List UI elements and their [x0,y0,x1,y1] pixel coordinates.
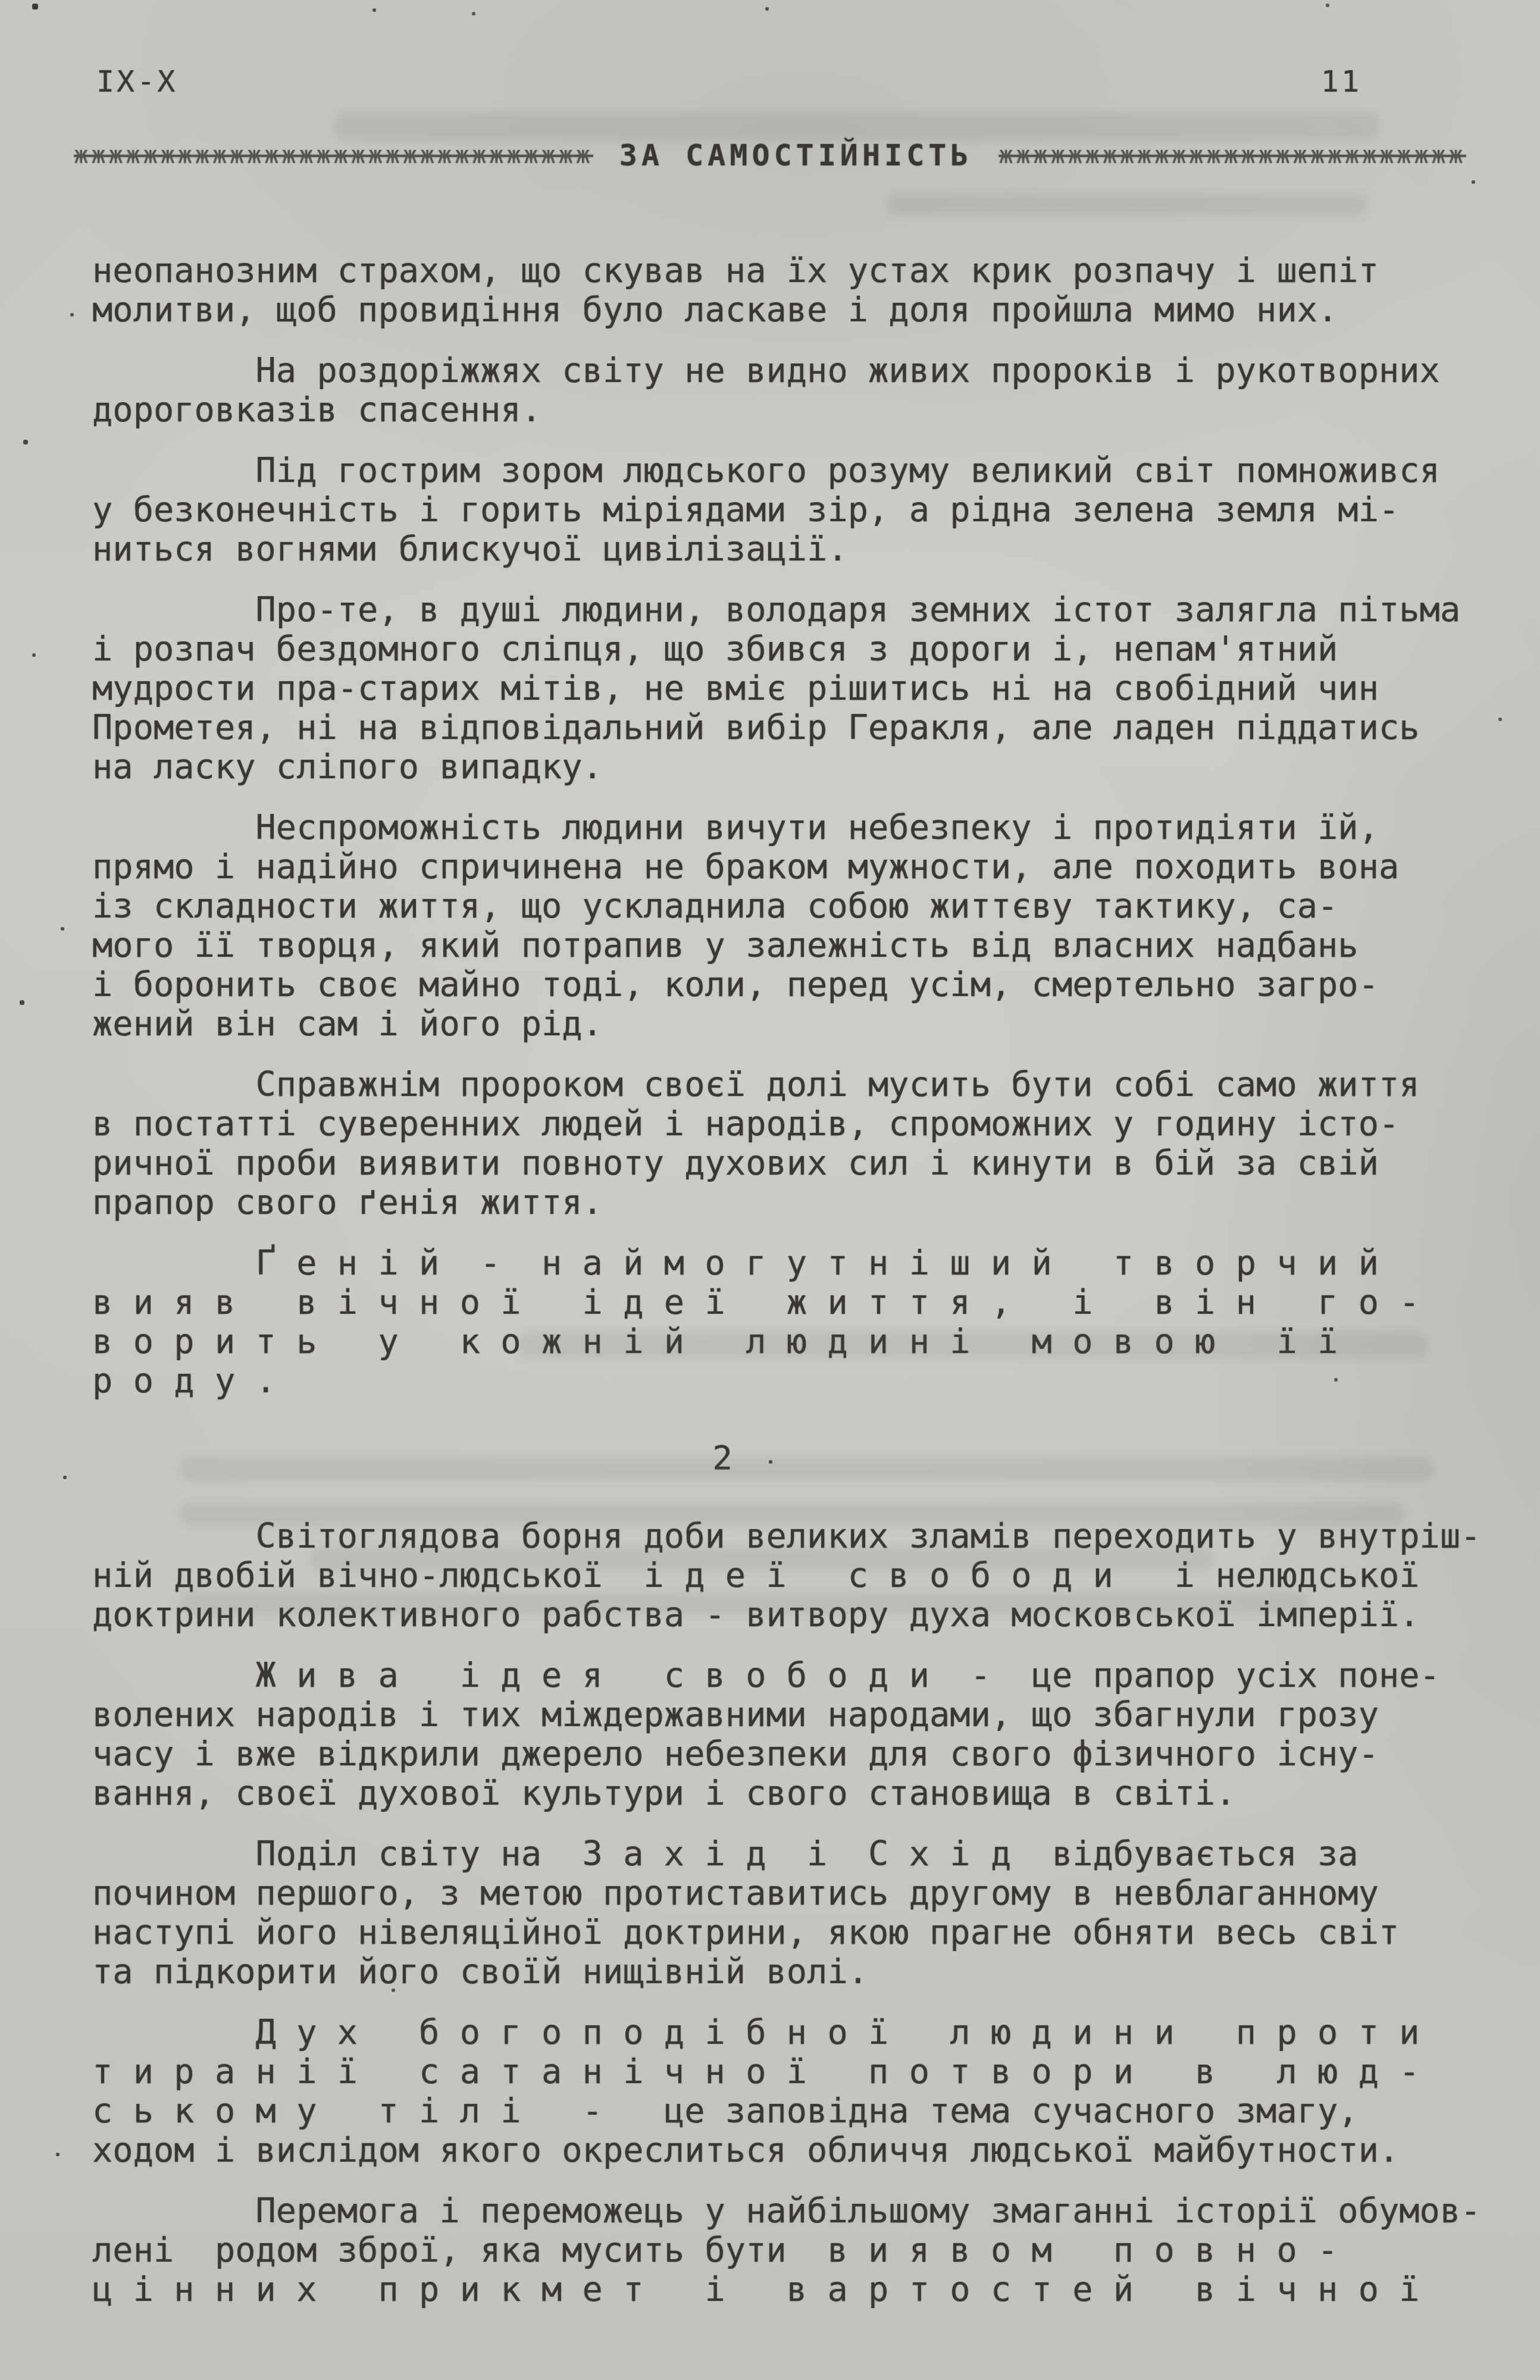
title-row: жжжжжжжжжжжжжжжжжжжжжжжжжжжжжж ЗА САМОСТ… [0,138,1540,173]
text-line: вання, своєї духової культури і свого ст… [92,1774,1495,1813]
page-header: IX-X 11 [0,0,1540,99]
text-line: у безконечність і горить міріядами зір, … [92,490,1495,530]
paragraph: Д у х б о г о п о д і б н о ї л ю д и н … [92,2013,1495,2170]
text-line: Перемога і переможець у найбільшому змаг… [92,2191,1495,2231]
text-line: р о д у . [92,1361,1495,1401]
text-line: прямо і надійно спричинена не браком муж… [92,847,1495,887]
text-line: ниться вогнями блискучої цивілізації. [92,530,1495,569]
text-line: в постатті суверенних людей і народів, с… [92,1104,1495,1144]
section-number: 2 [0,1439,1445,1477]
text-line: Неспроможність людини вичути небезпеку і… [92,808,1495,847]
text-line: Ґ е н і й - н а й м о г у т н і ш и й т … [92,1244,1495,1283]
text-line: ходом і вислідом якого окреслиться облич… [92,2131,1495,2170]
text-line: Прометея, ні на відповідальний вибір Гер… [92,708,1495,747]
text-line: дороговказів спасення. [92,390,1495,430]
text-line: лені родом зброї, яка мусить бути в и я … [92,2231,1495,2270]
text-line: на ласку сліпого випадку. [92,747,1495,787]
text-line: жений він сам і його рід. [92,1004,1495,1044]
text-line: молитви, щоб провидіння було ласкаве і д… [92,290,1495,330]
text-line: і розпач бездомного сліпця, що збився з … [92,630,1495,669]
text-line: ц і н н и х п р и к м е т і в а р т о с … [92,2270,1495,2309]
text-line: ричної проби виявити повноту духових сил… [92,1144,1495,1183]
paragraph: Ж и в а і д е я с в о б о д и - це прапо… [92,1656,1495,1813]
section-1-body: неопанозним страхом, що скував на їх уст… [0,251,1540,1401]
paragraph: Перемога і переможець у найбільшому змаг… [92,2191,1495,2309]
text-line: прапор свого ґенія життя. [92,1183,1495,1222]
text-line: с ь к о м у т і л і - це заповідна тема … [92,2091,1495,2131]
text-line: т и р а н і ї с а т а н і ч н о ї п о т … [92,2052,1495,2091]
text-line: На роздоріжжях світу не видно живих прор… [92,351,1495,390]
text-line: Під гострим зором людського розуму велик… [92,451,1495,490]
page-title: ЗА САМОСТІЙНІСТЬ [619,138,973,173]
paragraph: Про-те, в душі людини, володаря земних і… [92,590,1495,787]
text-line: доктрини колективного рабства - витвору … [92,1595,1495,1634]
paragraph: неопанозним страхом, що скував на їх уст… [92,251,1495,330]
text-line: почином першого, з метою протиставитись … [92,1874,1495,1913]
text-line: в о р и т ь у к о ж н і й л ю д и н і м … [92,1322,1495,1361]
text-line: часу і вже відкрили джерело небезпеки дл… [92,1734,1495,1774]
chapter-label: IX-X [96,64,177,99]
paragraph: Світоглядова борня доби великих зламів п… [92,1517,1495,1634]
paragraph: Справжнім пророком своєї долі мусить бут… [92,1065,1495,1222]
section-2-body: Світоглядова борня доби великих зламів п… [0,1517,1540,2309]
text-line: Справжнім пророком своєї долі мусить бут… [92,1065,1495,1104]
text-line: мудрости пра-старих мітів, не вміє рішит… [92,669,1495,708]
paragraph: Ґ е н і й - н а й м о г у т н і ш и й т … [92,1244,1495,1401]
text-line: та підкорити його своїй нищівній волі. [92,1952,1495,1991]
text-line: волених народів і тих міждержавними наро… [92,1695,1495,1734]
text-line: і боронить своє майно тоді, коли, перед … [92,965,1495,1004]
text-line: неопанозним страхом, що скував на їх уст… [92,251,1495,290]
paragraph: На роздоріжжях світу не видно живих прор… [92,351,1495,430]
page-number: 11 [1321,64,1361,99]
text-line: ній двобій вічно-людської і д е ї с в о … [92,1556,1495,1595]
paragraph: Неспроможність людини вичути небезпеку і… [92,808,1495,1044]
strikeout-left: жжжжжжжжжжжжжжжжжжжжжжжжжжжжжж [74,142,593,169]
paragraph: Під гострим зором людського розуму велик… [92,451,1495,569]
bleed-through-smudge [887,193,1369,216]
text-line: Д у х б о г о п о д і б н о ї л ю д и н … [92,2013,1495,2052]
text-line: із складности життя, що ускладнила собою… [92,887,1495,926]
text-line: Про-те, в душі людини, володаря земних і… [92,590,1495,630]
text-line: Ж и в а і д е я с в о б о д и - це прапо… [92,1656,1495,1695]
text-line: мого її творця, який потрапив у залежніс… [92,926,1495,965]
text-line: Поділ світу на З а х і д і С х і д відбу… [92,1834,1495,1874]
text-line: наступі його нівеляційної доктрини, якою… [92,1913,1495,1952]
text-line: в и я в в і ч н о ї і д е ї ж и т т я , … [92,1283,1495,1322]
strikeout-right: жжжжжжжжжжжжжжжжжжжжжжжжжжж [999,142,1466,169]
paragraph: Поділ світу на З а х і д і С х і д відбу… [92,1834,1495,1991]
text-line: Світоглядова борня доби великих зламів п… [92,1517,1495,1556]
bleed-through-smudge [333,112,1381,142]
document-page: IX-X 11 жжжжжжжжжжжжжжжжжжжжжжжжжжжжжж З… [0,0,1540,2380]
